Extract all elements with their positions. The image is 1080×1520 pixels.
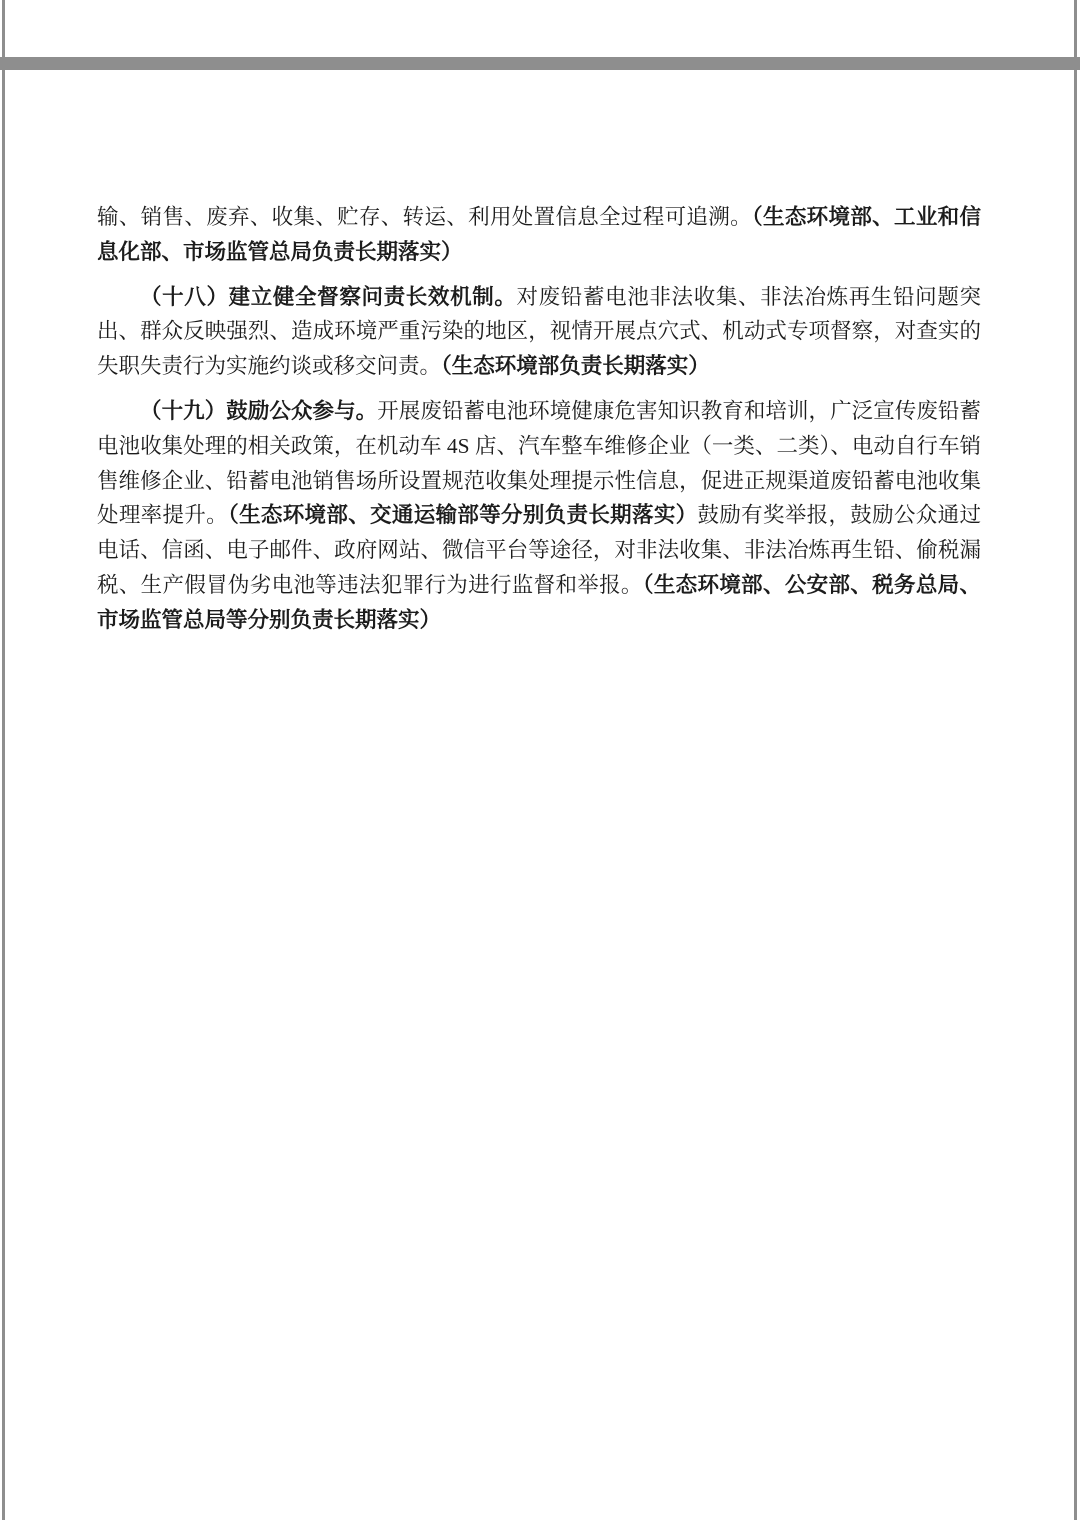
- paragraph: （十九）鼓励公众参与。开展废铅蓄电池环境健康危害知识教育和培训，广泛宣传废铅蓄电…: [97, 394, 981, 638]
- responsibility-bold-segment: （生态环境部、交通运输部等分别负责长期落实）: [228, 503, 698, 527]
- responsibility-bold-segment: （十八）建立健全督察问责长效机制。: [140, 285, 517, 309]
- document-text: 输、销售、废弃、收集、贮存、转运、利用处置信息全过程可追溯。（生态环境部、工业和…: [97, 200, 981, 648]
- previous-page-bottom: [0, 0, 1080, 57]
- paragraph: 输、销售、废弃、收集、贮存、转运、利用处置信息全过程可追溯。（生态环境部、工业和…: [97, 200, 981, 270]
- responsibility-bold-segment: （生态环境部负责长期落实）: [441, 354, 710, 378]
- page-divider: [0, 57, 1080, 70]
- page-right-border: [1074, 0, 1077, 1520]
- text-segment: 输、销售、废弃、收集、贮存、转运、利用处置信息全过程可追溯。: [97, 205, 752, 229]
- paragraph: （十八）建立健全督察问责长效机制。对废铅蓄电池非法收集、非法冶炼再生铅问题突出、…: [97, 280, 981, 384]
- responsibility-bold-segment: （十九）鼓励公众参与。: [140, 399, 377, 423]
- document-viewer: 输、销售、废弃、收集、贮存、转运、利用处置信息全过程可追溯。（生态环境部、工业和…: [0, 0, 1080, 1520]
- document-page: 输、销售、废弃、收集、贮存、转运、利用处置信息全过程可追溯。（生态环境部、工业和…: [0, 70, 1080, 1520]
- page-left-border: [2, 0, 5, 1520]
